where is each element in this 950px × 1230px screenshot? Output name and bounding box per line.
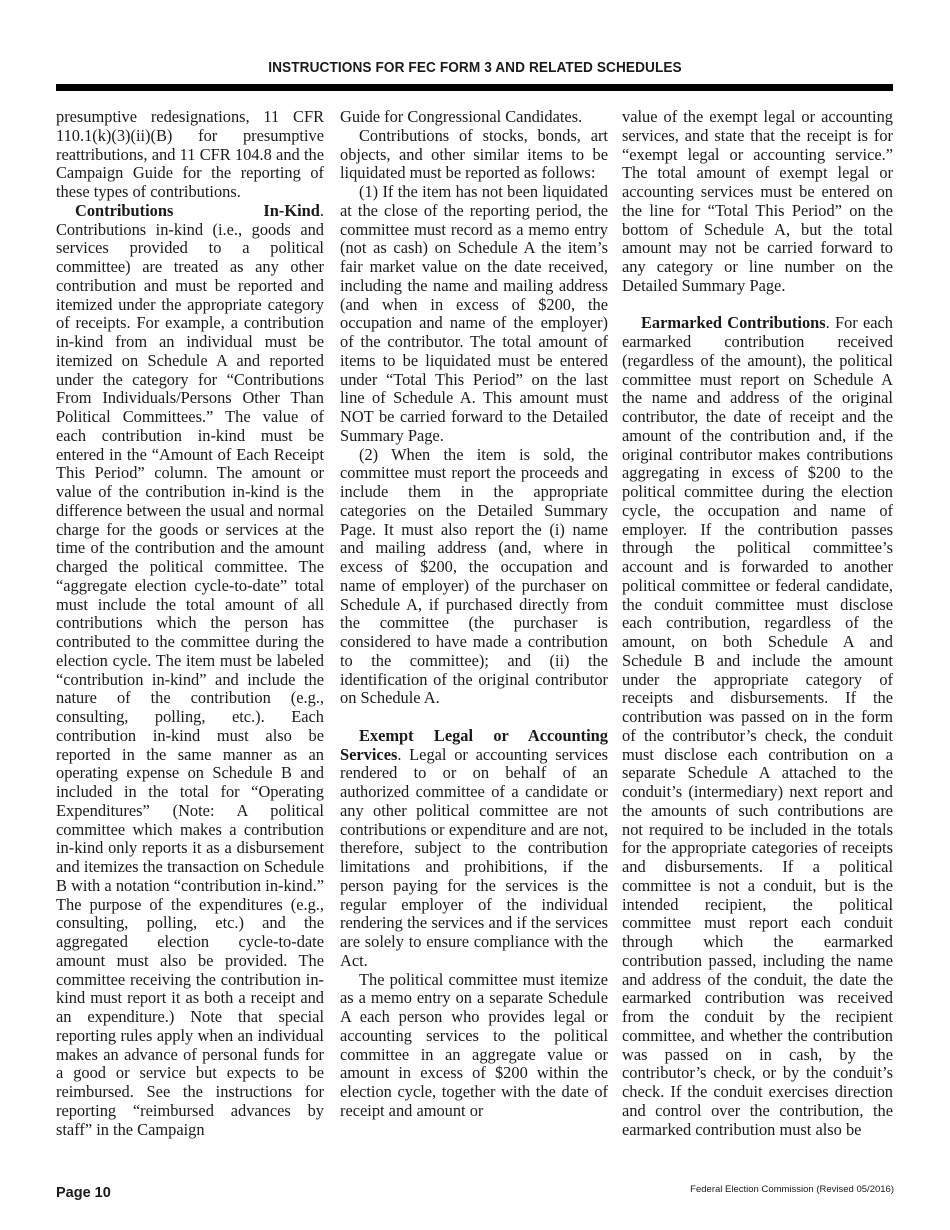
section-heading-earmarked-contributions: Earmarked Contributions [641,313,826,332]
paragraph-body: . For each earmarked contribution receiv… [622,313,893,1138]
paragraph-contributions-in-kind: Contributions In-Kind. Contributions in-… [56,202,324,1140]
paragraph-exempt-value: value of the exempt legal or accounting … [622,108,893,296]
footer-credit: Federal Election Commission (Revised 05/… [690,1184,894,1195]
text-column-1: presumptive redesignations, 11 CFR 110.1… [56,108,324,1139]
paragraph-earmarked-contributions: Earmarked Contributions. For each earmar… [622,314,893,1139]
paragraph-campaign-guide: Guide for Congressional Candidates. [340,108,608,127]
paragraph-exempt-legal-accounting: Exempt Legal or Accounting Services. Leg… [340,727,608,971]
paragraph-item-sold: (2) When the item is sold, the committee… [340,446,608,709]
page-number: Page 10 [56,1185,111,1201]
page-header-title: INSTRUCTIONS FOR FEC FORM 3 AND RELATED … [29,60,922,76]
paragraph-body: . Contributions in-kind (i.e., goods and… [56,201,324,1139]
text-column-2: Guide for Congressional Candidates. Cont… [340,108,608,1121]
paragraph-item-not-liquidated: (1) If the item has not been liquidated … [340,183,608,446]
paragraph-cfr-references: presumptive redesignations, 11 CFR 110.1… [56,108,324,202]
header-rule-divider [56,84,893,91]
paragraph-body: . Legal or accounting services rendered … [340,745,608,970]
text-column-3: value of the exempt legal or accounting … [622,108,893,1139]
paragraph-memo-entry: The political committee must itemize as … [340,971,608,1121]
paragraph-stocks-bonds: Contributions of stocks, bonds, art obje… [340,127,608,183]
section-heading-contributions-in-kind: Contributions In-Kind [75,201,320,220]
